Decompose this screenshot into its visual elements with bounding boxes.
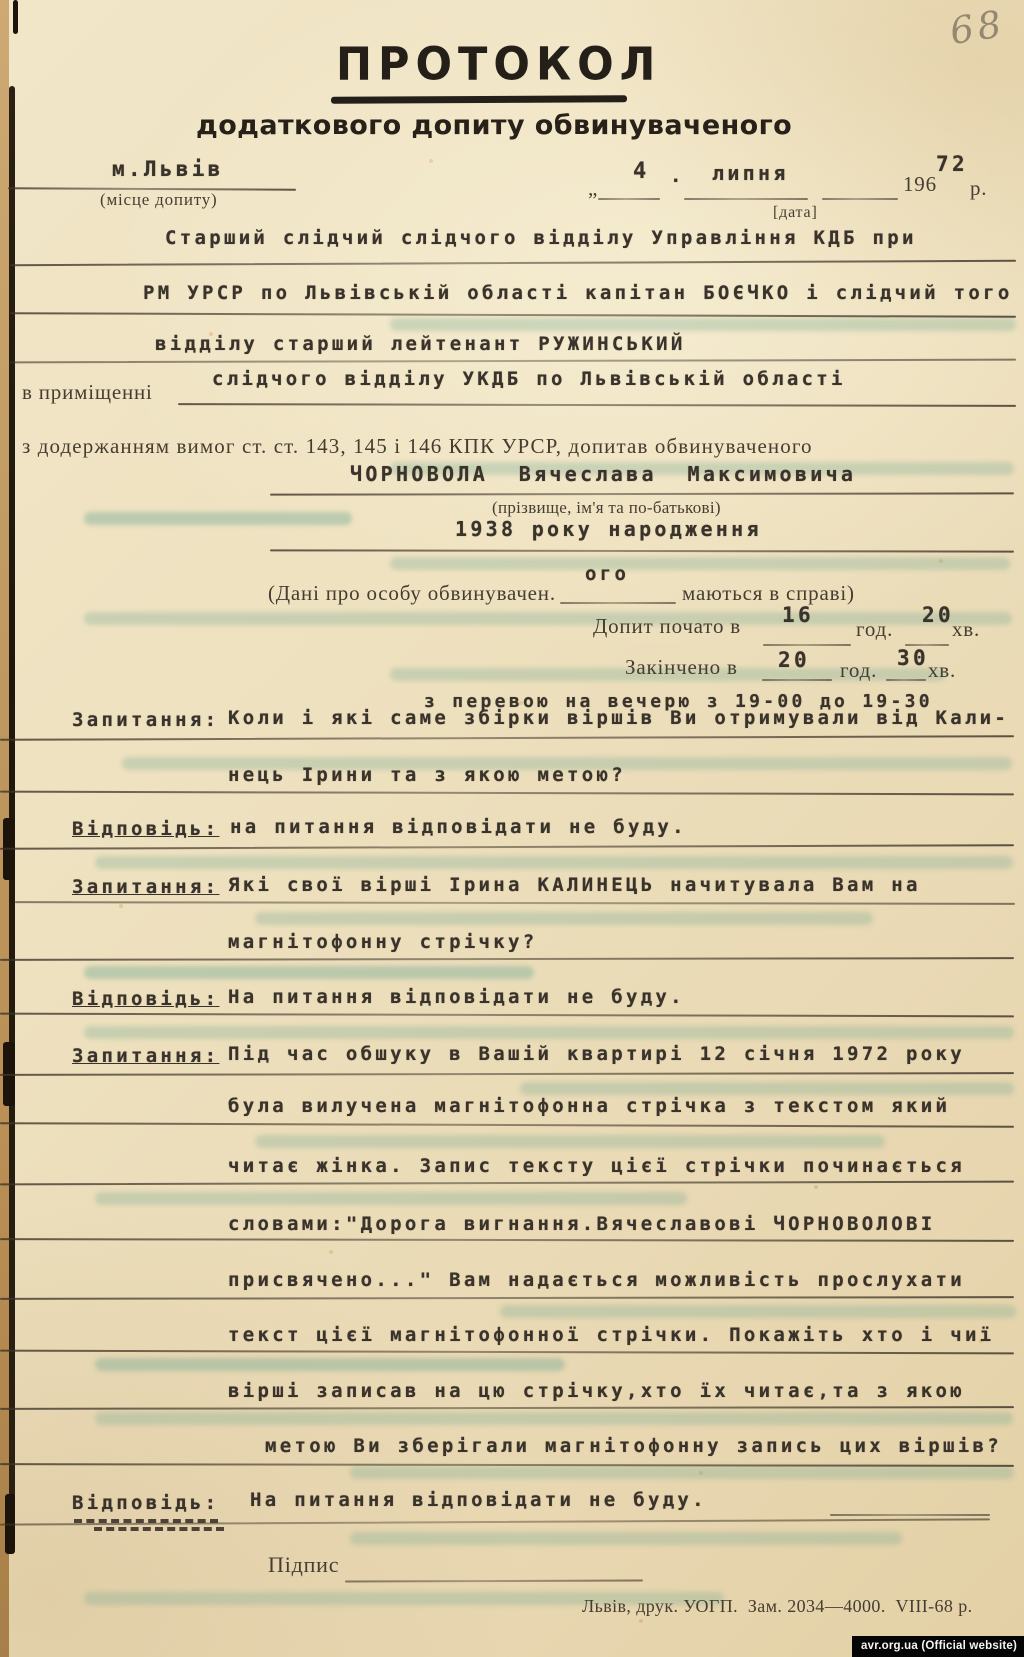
form-line (10, 312, 1016, 318)
ink-bleed-line (255, 912, 873, 925)
premises-caption: в приміщенні (22, 380, 153, 404)
answer-label: Відповідь: (72, 989, 219, 1011)
writing-line (0, 1181, 1014, 1186)
ink-bleed-line (350, 1466, 1014, 1479)
writing-line (15, 901, 1015, 904)
writing-line (0, 1122, 1014, 1128)
writing-line (0, 1238, 1014, 1242)
question-text: текст цієї магнітофонної стрічки. Покажі… (228, 1325, 994, 1347)
binding-mark (13, 0, 18, 34)
answer-label: Відповідь: (72, 819, 219, 841)
ink-bleed-line (390, 318, 1016, 331)
started-hours-unit: год. (856, 617, 893, 641)
answer-label: Відповідь: (72, 1493, 219, 1515)
writing-line (0, 1406, 1014, 1410)
ink-bleed-line (500, 1305, 1016, 1318)
signature-line (345, 1579, 643, 1582)
birth-year-line: 1938 року народження (455, 518, 762, 541)
question-text: нець Ірини та з якою метою? (228, 765, 626, 787)
started-minutes-unit: хв. (952, 617, 980, 641)
legal-basis-line: з додержанням вимог ст. ст. 143, 145 і 1… (22, 434, 813, 458)
answer-label-underline (74, 1519, 218, 1523)
started-hours-value: 16 (782, 603, 814, 627)
writing-line (0, 1296, 1014, 1300)
started-minutes-value: 20 (922, 603, 954, 627)
signature-caption: Підпис (268, 1552, 339, 1577)
source-watermark: avr.org.ua (Official website) (852, 1636, 1024, 1657)
name-caption: (прізвище, ім'я та по-батькові) (492, 498, 721, 518)
handwritten-page-number: 68 (947, 2, 1008, 53)
question-text: Під час обшуку в Вашій квартирі 12 січня… (228, 1044, 965, 1066)
personal-data-blank (560, 602, 676, 604)
accused-name: ЧОРНОВОЛА Вячеслава Максимовича (350, 463, 856, 486)
form-line (10, 260, 1016, 266)
date-year-suffix: р. (970, 176, 987, 200)
writing-line (0, 1013, 1014, 1018)
writing-line (0, 1072, 1014, 1076)
writing-line (0, 791, 1014, 796)
personal-data-insert: ого (585, 564, 629, 586)
ink-bleed-line (350, 1532, 902, 1545)
finished-hours-unit: год. (840, 658, 877, 682)
finished-minutes-blank (886, 679, 926, 681)
date-open-quote: „ (588, 176, 598, 200)
started-caption: Допит почато в (593, 614, 741, 638)
premises-value: слідчого відділу УКДБ по Львівській обла… (212, 369, 846, 391)
writing-line (830, 1514, 990, 1516)
form-line (10, 359, 1016, 363)
finished-caption: Закінчено в (625, 655, 738, 679)
title-underline (331, 95, 627, 104)
question-text: магнітофонну стрічку? (228, 932, 538, 954)
date-caption: [дата] (773, 204, 818, 222)
question-label: Запитання: (72, 1046, 219, 1068)
document-title: ПРОТОКОЛ (336, 39, 661, 92)
started-hours-blank (763, 644, 851, 646)
ink-bleed-line (95, 1358, 565, 1371)
date-year-printed: 196 (903, 172, 937, 196)
form-line (270, 549, 1014, 552)
date-blank (598, 198, 660, 200)
interrogator-line-3: відділу старший лейтенант РУЖИНСЬКИЙ (155, 334, 686, 356)
answer-text: На питання відповідати не буду. (228, 987, 685, 1009)
question-text: метою Ви зберігали магнітофонну запись ц… (265, 1436, 1002, 1458)
interrogator-line-2: РМ УРСР по Львівській області капітан БО… (143, 283, 1024, 305)
ink-bleed-line (520, 1082, 1014, 1095)
date-blank (822, 198, 898, 200)
ink-bleed-line (95, 856, 1013, 869)
personal-data-prefix: (Дані про особу обвинувачен. (268, 581, 556, 605)
question-text: читає жінка. Запис тексту цієї стрічки п… (228, 1156, 965, 1178)
writing-line (0, 957, 1014, 961)
writing-line (0, 735, 1014, 741)
question-text: була вилучена магнітофонна стрічка з тек… (228, 1096, 950, 1118)
date-day-value: 4 (633, 159, 650, 184)
answer-label-underline (94, 1527, 224, 1531)
writing-line (0, 1350, 1014, 1355)
finished-minutes-value: 30 (897, 646, 929, 670)
form-line (270, 492, 1014, 495)
ink-bleed-line (84, 966, 534, 979)
document-page: 68 ПРОТОКОЛ додаткового допиту обвинувач… (0, 0, 1024, 1657)
place-caption: (місце допиту) (100, 190, 218, 210)
place-value: м.Львів (112, 157, 224, 181)
question-label: Запитання: (72, 710, 219, 732)
ink-bleed-line (95, 1192, 687, 1205)
answer-text: На питання відповідати не буду. (250, 1490, 707, 1512)
personal-data-suffix: маються в справі) (682, 581, 855, 605)
question-text: Коли і які саме збірки віршів Ви отримув… (228, 708, 1009, 730)
finished-hours-blank (762, 679, 832, 681)
question-text: вірші записав на цю стрічку,хто їх читає… (228, 1381, 965, 1403)
ink-bleed-line (255, 1135, 885, 1148)
question-text: словами:"Дорога вигнання.Вячеславові ЧОР… (228, 1214, 935, 1236)
ink-bleed-line (84, 512, 352, 525)
document-subtitle: додаткового допиту обвинуваченого (196, 110, 792, 141)
ink-bleed-line (390, 557, 1010, 570)
question-label: Запитання: (72, 877, 219, 899)
question-text: присвячено..." Вам надається можливість … (228, 1270, 965, 1292)
print-imprint: Львів, друк. УОГП. Зам. 2034—4000. VIII-… (582, 1596, 973, 1617)
date-dot: . (670, 166, 685, 188)
writing-line (0, 844, 1014, 850)
finished-minutes-unit: хв. (928, 658, 956, 682)
form-line (178, 403, 1016, 407)
answer-text: на питання відповідати не буду. (230, 817, 687, 839)
ink-bleed-line (95, 1412, 1013, 1425)
date-year-typed: 72 (936, 152, 968, 176)
question-text: Які свої вірші Ірина КАЛИНЕЦЬ начитувала… (228, 875, 921, 897)
date-blank (684, 198, 808, 200)
interrogator-line-1: Старший слідчий слідчого відділу Управлі… (165, 228, 917, 250)
ink-bleed-line (84, 1026, 1014, 1039)
date-month-value: липня (712, 162, 789, 185)
finished-hours-value: 20 (778, 648, 810, 672)
